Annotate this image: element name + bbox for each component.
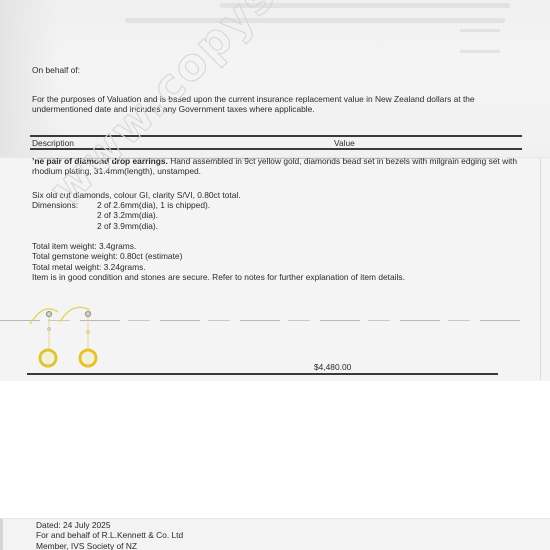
column-header-description: Description [32,138,74,148]
dimension-line: 2 of 3.2mm(dia). [97,210,158,220]
dated-line: Dated: 24 July 2025 [36,520,183,530]
faded-text-line [125,18,505,23]
item-value: $4,480.00 [314,362,351,372]
footer-block: Dated: 24 July 2025 For and behalf of R.… [36,520,183,550]
item-title: ’ne pair of diamond drop earrings. [32,156,168,166]
earring-icon [30,307,96,366]
dimensions-label: Dimensions: [32,200,96,210]
faded-text-line [460,29,500,32]
dimension-line: 2 of 3.9mm(dia). [97,221,158,231]
member-line: Member, IVS Society of NZ [36,541,183,550]
paper-fold-shadow [0,0,60,157]
table-header-top-rule [30,135,522,137]
earrings-photo [28,302,108,374]
on-behalf-label: On behalf of: [32,65,80,75]
condition-note: Item is in good condition and stones are… [32,272,405,282]
faded-text-line [460,50,500,53]
weights-block: Total item weight: 3.4grams. Total gemst… [32,241,405,283]
faded-text-line [220,3,510,8]
paper-edge [540,157,541,380]
item-description: ’ne pair of diamond drop earrings. Hand … [32,156,522,177]
column-header-value: Value [334,138,355,148]
value-rule [27,373,498,375]
total-item-weight: Total item weight: 3.4grams. [32,241,405,251]
stones-summary: Six old cut diamonds, colour GI, clarity… [32,190,241,200]
valuation-purpose-text: For the purposes of Valuation and is bas… [32,94,522,115]
total-metal-weight: Total metal weight: 3.24grams. [32,262,405,272]
dimension-line: 2 of 2.6mm(dia), 1 is chipped). [97,200,210,210]
item-title-text: ne pair of diamond drop earrings. [34,156,168,166]
previous-page-fragment [0,0,550,157]
total-gemstone-weight: Total gemstone weight: 0.80ct (estimate) [32,251,405,261]
behalf-line: For and behalf of R.L.Kennett & Co. Ltd [36,530,183,540]
table-header-bottom-rule [30,148,522,150]
